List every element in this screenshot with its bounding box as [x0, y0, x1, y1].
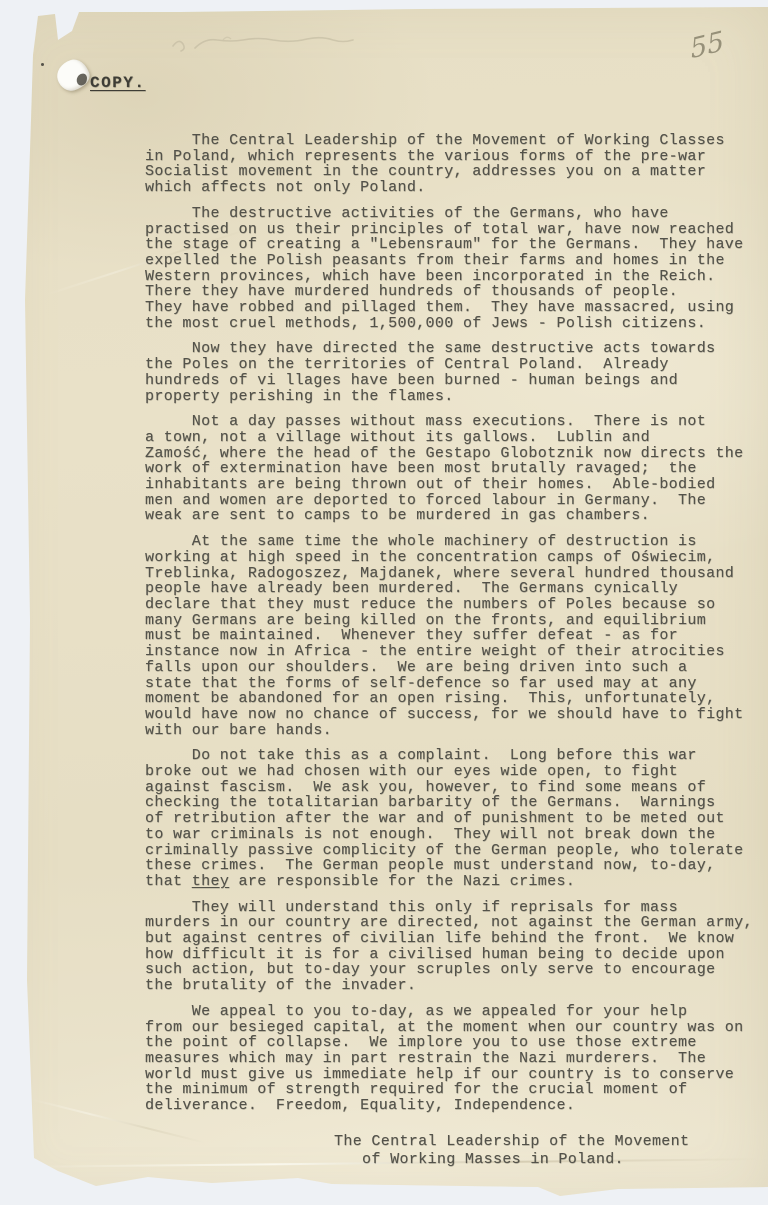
ink-dot — [41, 63, 44, 66]
document-line: but against centres of civilian life beh… — [145, 931, 745, 947]
document-line: Treblinka, Radogoszez, Majdanek, where s… — [145, 566, 745, 582]
document-line: measures which may in part restrain the … — [145, 1051, 745, 1067]
document-line: Western provinces, which have been incor… — [145, 269, 745, 285]
document-line: to war criminals is not enough. They wil… — [145, 827, 745, 843]
document-line: Zamość, where the head of the Gestapo Gl… — [145, 446, 745, 462]
document-line: with our bare hands. — [145, 723, 745, 739]
document-paragraph: We appeal to you to-day, as we appealed … — [145, 1004, 745, 1114]
document-line: many Germans are being killed on the fro… — [145, 613, 745, 629]
document-line: hundreds of vi llages have been burned -… — [145, 373, 745, 389]
document-line: working at high speed in the concentrati… — [145, 550, 745, 566]
document-line: men and women are deported to forced lab… — [145, 493, 745, 509]
document-line: Socialist movement in the country, addre… — [145, 164, 745, 180]
document-line: would have now no chance of success, for… — [145, 707, 745, 723]
document-paragraph: They will understand this only if repris… — [145, 900, 745, 994]
document-line: property perishing in the flames. — [145, 389, 745, 405]
document-paragraph: Now they have directed the same destruct… — [145, 341, 745, 404]
document-line: such action, but to-day your scruples on… — [145, 962, 745, 978]
document-line: The Central Leadership of the Movement o… — [145, 133, 745, 149]
document-line: Do not take this as a complaint. Long be… — [145, 748, 745, 764]
document-paragraph: The destructive activities of the German… — [145, 206, 745, 332]
document-line: how difficult it is for a civilised huma… — [145, 947, 745, 963]
document-line: which affects not only Poland. — [145, 180, 745, 196]
document-paragraph: Not a day passes without mass executions… — [145, 414, 745, 524]
document-line: a town, not a village without its gallow… — [145, 430, 745, 446]
document-line: inhabitants are being thrown out of thei… — [145, 477, 745, 493]
document-line: The destructive activities of the German… — [145, 206, 745, 222]
document-line: the Poles on the territories of Central … — [145, 357, 745, 373]
signature-block: The Central Leadership of the Movement o… — [334, 1133, 689, 1169]
document-line: weak are sent to camps to be murdered in… — [145, 508, 745, 524]
document-line: the most cruel methods, 1,500,000 of Jew… — [145, 316, 745, 332]
document-line: broke out we had chosen with our eyes wi… — [145, 764, 745, 780]
document-line: of retribution after the war and of puni… — [145, 811, 745, 827]
document-line: declare that they must reduce the number… — [145, 597, 745, 613]
document-line: the minimum of strength required for the… — [145, 1082, 745, 1098]
document-line: in Poland, which represents the various … — [145, 149, 745, 165]
document-line: the point of collapse. We implore you to… — [145, 1035, 745, 1051]
document-paragraph: The Central Leadership of the Movement o… — [145, 133, 745, 196]
document-line: world must give us immediate help if our… — [145, 1067, 745, 1083]
document-line: practised on us their principles of tota… — [145, 222, 745, 238]
document-line: state that the forms of self-defence so … — [145, 676, 745, 692]
document-line: that they are responsible for the Nazi c… — [145, 874, 745, 890]
document-line: The Central Leadership of the Movement — [334, 1133, 689, 1151]
pencil-scribble — [165, 26, 435, 60]
document-paragraph: Do not take this as a complaint. Long be… — [145, 748, 745, 889]
document-line: these crimes. The German people must und… — [145, 858, 745, 874]
document-line: from our besieged capital, at the moment… — [145, 1020, 745, 1036]
document-line: checking the totalitarian barbarity of t… — [145, 795, 745, 811]
document-line: deliverance. Freedom, Equality, Independ… — [145, 1098, 745, 1114]
document-line: work of extermination have been most bru… — [145, 461, 745, 477]
document-line: There they have murdered hundreds of tho… — [145, 284, 745, 300]
document-line: criminally passive complicity of the Ger… — [145, 843, 745, 859]
document-body: The Central Leadership of the Movement o… — [145, 133, 745, 1124]
document-paragraph: At the same time the whole machinery of … — [145, 534, 745, 738]
document-line: of Working Masses in Poland. — [334, 1151, 689, 1169]
document-line: Not a day passes without mass executions… — [145, 414, 745, 430]
document-line: the stage of creating a "Lebensraum" for… — [145, 237, 745, 253]
document-line: against fascism. We ask you, however, to… — [145, 780, 745, 796]
document-line: the brutality of the invader. — [145, 978, 745, 994]
document-line: We appeal to you to-day, as we appealed … — [145, 1004, 745, 1020]
document-line: murders in our country are directed, not… — [145, 915, 745, 931]
document-line: Now they have directed the same destruct… — [145, 341, 745, 357]
document-line: moment be abandoned for an open rising. … — [145, 691, 745, 707]
document-line: falls upon our shoulders. We are being d… — [145, 660, 745, 676]
document-line: must be maintained. Whenever they suffer… — [145, 628, 745, 644]
document-line: expelled the Polish peasants from their … — [145, 253, 745, 269]
document-line: They have robbed and pillaged them. They… — [145, 300, 745, 316]
document-line: They will understand this only if repris… — [145, 900, 745, 916]
document-line: At the same time the whole machinery of … — [145, 534, 745, 550]
copy-heading: COPY. — [90, 74, 146, 92]
document-line: instance now in Africa - the entire weig… — [145, 644, 745, 660]
document-line: people have already been murdered. The G… — [145, 581, 745, 597]
